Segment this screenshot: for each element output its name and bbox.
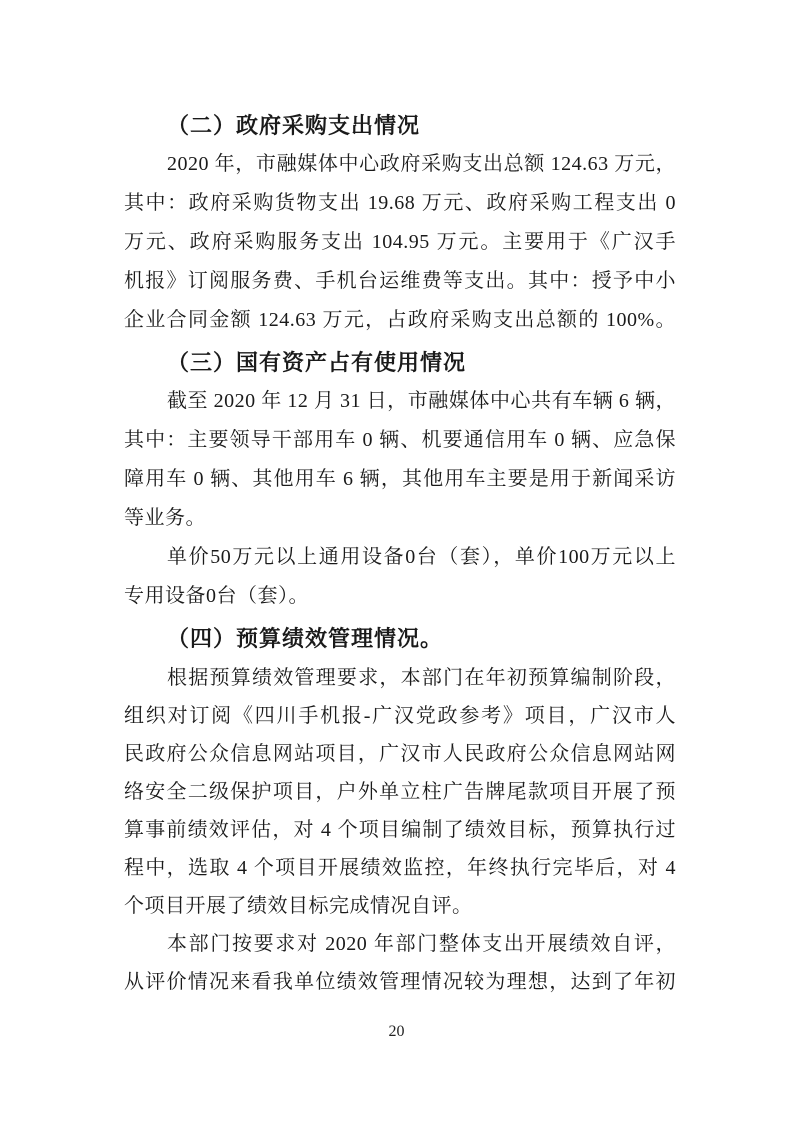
text-line: 2020 年，市融媒体中心政府采购支出总额 124.63 万元，: [124, 145, 676, 184]
paragraph: 单价50万元以上通用设备0台（套），单价100万元以上 专用设备0台（套）。: [124, 538, 676, 616]
text-line: 从评价情况来看我单位绩效管理情况较为理想，达到了年初: [124, 963, 676, 1001]
paragraph: 2020 年，市融媒体中心政府采购支出总额 124.63 万元， 其中：政府采购…: [124, 145, 676, 340]
paragraph: 截至 2020 年 12 月 31 日，市融媒体中心共有车辆 6 辆， 其中：主…: [124, 382, 676, 538]
section-heading: （三）国有资产占有使用情况: [124, 343, 676, 382]
text-line: 本部门按要求对 2020 年部门整体支出开展绩效自评，: [124, 925, 676, 963]
section-state-assets: （三）国有资产占有使用情况 截至 2020 年 12 月 31 日，市融媒体中心…: [124, 343, 676, 616]
page-number: 20: [0, 1022, 793, 1042]
text-line: 个项目开展了绩效目标完成情况自评。: [124, 887, 676, 925]
document-page: （二）政府采购支出情况 2020 年，市融媒体中心政府采购支出总额 124.63…: [0, 0, 793, 1122]
text-line: 截至 2020 年 12 月 31 日，市融媒体中心共有车辆 6 辆，: [124, 382, 676, 421]
text-line: 专用设备0台（套）。: [124, 577, 676, 616]
text-line: 等业务。: [124, 499, 676, 538]
paragraph: 本部门按要求对 2020 年部门整体支出开展绩效自评， 从评价情况来看我单位绩效…: [124, 925, 676, 1001]
text-line: 其中：政府采购货物支出 19.68 万元、政府采购工程支出 0: [124, 184, 676, 223]
paragraph: 根据预算绩效管理要求，本部门在年初预算编制阶段， 组织对订阅《四川手机报-广汉党…: [124, 659, 676, 925]
text-line: 根据预算绩效管理要求，本部门在年初预算编制阶段，: [124, 659, 676, 697]
text-line: 万元、政府采购服务支出 104.95 万元。主要用于《广汉手: [124, 223, 676, 262]
text-line: 算事前绩效评估，对 4 个项目编制了绩效目标，预算执行过: [124, 811, 676, 849]
section-heading: （二）政府采购支出情况: [124, 106, 676, 145]
section-heading: （四）预算绩效管理情况。: [124, 620, 676, 659]
text-line: 单价50万元以上通用设备0台（套），单价100万元以上: [124, 538, 676, 577]
text-line: 络安全二级保护项目，户外单立柱广告牌尾款项目开展了预: [124, 773, 676, 811]
text-line: 其中：主要领导干部用车 0 辆、机要通信用车 0 辆、应急保: [124, 421, 676, 460]
section-budget-performance: （四）预算绩效管理情况。 根据预算绩效管理要求，本部门在年初预算编制阶段， 组织…: [124, 620, 676, 1001]
text-line: 程中，选取 4 个项目开展绩效监控，年终执行完毕后，对 4: [124, 849, 676, 887]
text-line: 企业合同金额 124.63 万元，占政府采购支出总额的 100%。: [124, 301, 676, 340]
section-procurement-expenditure: （二）政府采购支出情况 2020 年，市融媒体中心政府采购支出总额 124.63…: [124, 106, 676, 340]
text-line: 组织对订阅《四川手机报-广汉党政参考》项目，广汉市人: [124, 697, 676, 735]
content-area: （二）政府采购支出情况 2020 年，市融媒体中心政府采购支出总额 124.63…: [124, 106, 676, 1001]
text-line: 民政府公众信息网站项目，广汉市人民政府公众信息网站网: [124, 735, 676, 773]
text-line: 障用车 0 辆、其他用车 6 辆，其他用车主要是用于新闻采访: [124, 460, 676, 499]
text-line: 机报》订阅服务费、手机台运维费等支出。其中：授予中小: [124, 262, 676, 301]
